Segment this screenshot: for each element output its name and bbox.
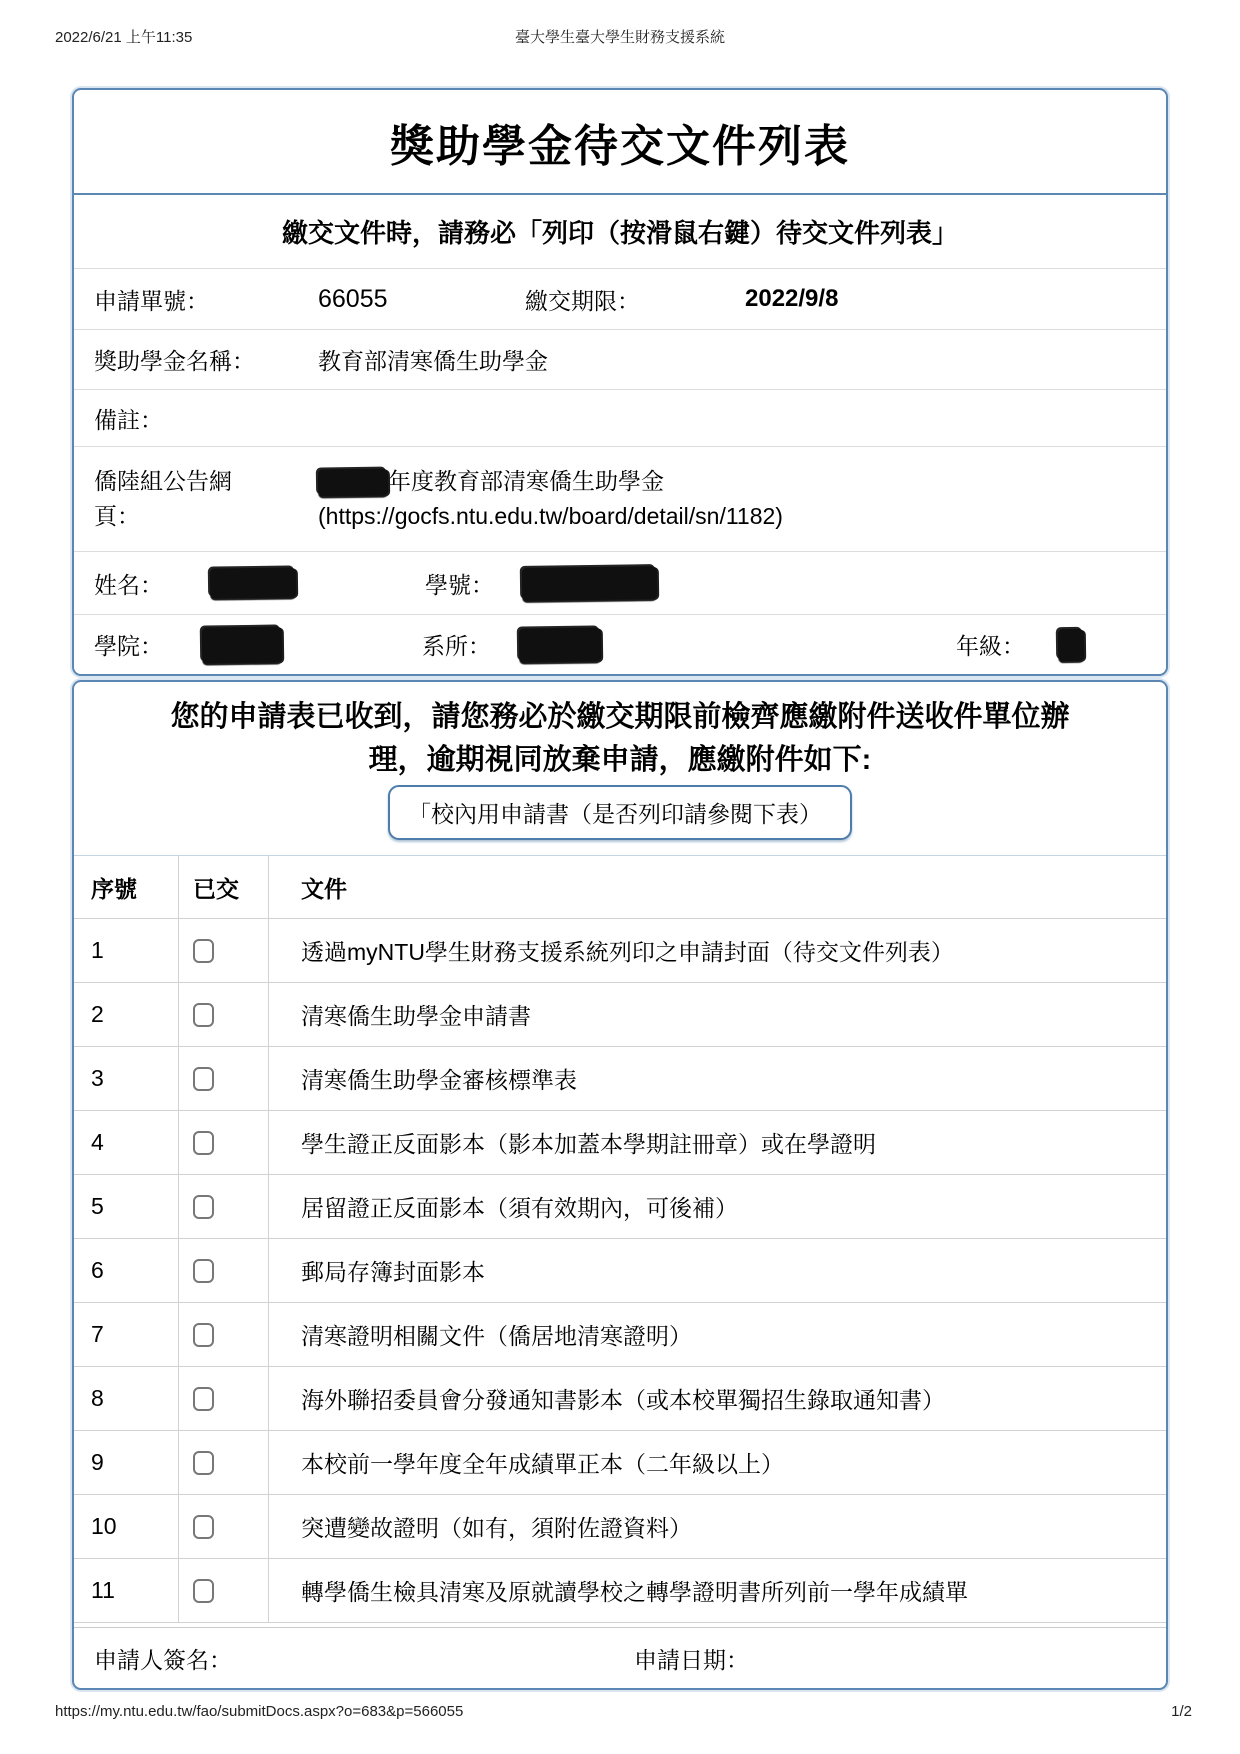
submitted-checkbox[interactable]: [193, 1259, 214, 1283]
row-number: 9: [74, 1431, 178, 1494]
document-name: 清寒僑生助學金審核標準表: [268, 1047, 1166, 1110]
table-row: 1透過myNTU學生財務支援系統列印之申請封面（待交文件列表）: [74, 919, 1166, 983]
redacted-college: [202, 626, 282, 663]
announcement-row: 僑陸組公告網頁： 年度教育部清寒僑生助學金 (https://gocfs.ntu…: [74, 447, 1166, 552]
documents-table: 序號 已交 文件 1透過myNTU學生財務支援系統列印之申請封面（待交文件列表）…: [74, 855, 1166, 1623]
header-document: 文件: [268, 856, 1166, 918]
document-name: 居留證正反面影本（須有效期內，可後補）: [268, 1175, 1166, 1238]
submitted-cell: [178, 983, 268, 1046]
name-label: 姓名：: [94, 567, 210, 600]
signature-row: 申請人簽名： 申請日期：: [74, 1627, 1166, 1689]
submitted-checkbox[interactable]: [193, 1323, 214, 1347]
announcement-value: 年度教育部清寒僑生助學金 (https://gocfs.ntu.edu.tw/b…: [318, 464, 1166, 534]
table-row: 6郵局存簿封面影本: [74, 1239, 1166, 1303]
document-checklist-card: 您的申請表已收到，請您務必於繳交期限前檢齊應繳附件送收件單位辦 理，逾期視同放棄…: [72, 680, 1168, 1690]
page-indicator: 1/2: [1171, 1703, 1192, 1720]
deadline-label: 繳交期限：: [525, 283, 745, 316]
row-number: 6: [74, 1239, 178, 1302]
deadline-value: 2022/9/8: [745, 285, 1166, 313]
row-number: 5: [74, 1175, 178, 1238]
document-name: 學生證正反面影本（影本加蓋本學期註冊章）或在學證明: [268, 1111, 1166, 1174]
row-number: 10: [74, 1495, 178, 1558]
scholarship-name-row: 獎助學金名稱： 教育部清寒僑生助學金: [74, 330, 1166, 390]
table-row: 4學生證正反面影本（影本加蓋本學期註冊章）或在學證明: [74, 1111, 1166, 1175]
submitted-checkbox[interactable]: [193, 1515, 214, 1539]
page-title: 獎助學金待交文件列表: [390, 110, 850, 174]
application-info-card: 獎助學金待交文件列表 繳交文件時，請務必「列印（按滑鼠右鍵）待交文件列表」 申請…: [72, 88, 1168, 676]
submitted-checkbox[interactable]: [193, 1131, 214, 1155]
row-number: 7: [74, 1303, 178, 1366]
table-row: 9本校前一學年度全年成績單正本（二年級以上）: [74, 1431, 1166, 1495]
signature-label: 申請人簽名：: [94, 1642, 634, 1675]
document-name: 清寒證明相關文件（僑居地清寒證明）: [268, 1303, 1166, 1366]
submitted-cell: [178, 1047, 268, 1110]
announcement-url: (https://gocfs.ntu.edu.tw/board/detail/s…: [318, 503, 783, 529]
header-submitted: 已交: [178, 856, 268, 918]
submitted-cell: [178, 1431, 268, 1494]
application-date-label: 申請日期：: [634, 1642, 1166, 1675]
submitted-cell: [178, 1495, 268, 1558]
row-number: 2: [74, 983, 178, 1046]
college-label: 學院：: [94, 628, 202, 661]
application-no-value: 66055: [318, 285, 525, 314]
table-row: 8海外聯招委員會分發通知書影本（或本校單獨招生錄取通知書）: [74, 1367, 1166, 1431]
submitted-checkbox[interactable]: [193, 1003, 214, 1027]
redacted-name: [210, 567, 296, 598]
submitted-cell: [178, 1175, 268, 1238]
scholarship-name-label: 獎助學金名稱：: [94, 343, 318, 376]
announcement-line1: 年度教育部清寒僑生助學金: [388, 468, 664, 494]
submitted-cell: [178, 919, 268, 982]
remarks-row: 備註：: [74, 390, 1166, 447]
document-name: 清寒僑生助學金申請書: [268, 983, 1166, 1046]
scholarship-name-value: 教育部清寒僑生助學金: [318, 343, 1166, 376]
submitted-checkbox[interactable]: [193, 1451, 214, 1475]
document-name: 突遭變故證明（如有，須附佐證資料）: [268, 1495, 1166, 1558]
submitted-checkbox[interactable]: [193, 1067, 214, 1091]
submitted-checkbox[interactable]: [193, 1579, 214, 1603]
document-name: 轉學僑生檢具清寒及原就讀學校之轉學證明書所列前一學年成績單: [268, 1559, 1166, 1622]
submitted-checkbox[interactable]: [193, 1195, 214, 1219]
name-student-id-row: 姓名： 學號：: [74, 552, 1166, 615]
browser-print-header: 2022/6/21 上午11:35 臺大學生臺大學生財務支援系統: [55, 26, 1185, 46]
row-number: 3: [74, 1047, 178, 1110]
submitted-cell: [178, 1559, 268, 1622]
application-no-row: 申請單號： 66055 繳交期限： 2022/9/8: [74, 269, 1166, 330]
row-number: 8: [74, 1367, 178, 1430]
documents-table-header: 序號 已交 文件: [74, 856, 1166, 919]
header-no: 序號: [74, 856, 178, 918]
document-name: 透過myNTU學生財務支援系統列印之申請封面（待交文件列表）: [268, 919, 1166, 982]
row-number: 11: [74, 1559, 178, 1622]
announcement-label: 僑陸組公告網頁：: [94, 464, 244, 534]
document-name: 郵局存簿封面影本: [268, 1239, 1166, 1302]
table-row: 10突遭變故證明（如有，須附佐證資料）: [74, 1495, 1166, 1559]
submitted-cell: [178, 1111, 268, 1174]
submitted-cell: [178, 1303, 268, 1366]
submitted-checkbox[interactable]: [193, 1387, 214, 1411]
table-row: 11轉學僑生檢具清寒及原就讀學校之轉學證明書所列前一學年成績單: [74, 1559, 1166, 1623]
notice-section: 您的申請表已收到，請您務必於繳交期限前檢齊應繳附件送收件單位辦 理，逾期視同放棄…: [74, 682, 1166, 855]
row-number: 4: [74, 1111, 178, 1174]
redacted-year: [318, 469, 388, 497]
document-name: 海外聯招委員會分發通知書影本（或本校單獨招生錄取通知書）: [268, 1367, 1166, 1430]
grade-label: 年級：: [956, 628, 1058, 661]
table-row: 2清寒僑生助學金申請書: [74, 983, 1166, 1047]
row-number: 1: [74, 919, 178, 982]
submitted-cell: [178, 1367, 268, 1430]
print-preview-page: 2022/6/21 上午11:35 臺大學生臺大學生財務支援系統 獎助學金待交文…: [0, 0, 1240, 1754]
title-section: 獎助學金待交文件列表: [74, 90, 1166, 195]
redacted-department: [519, 627, 601, 662]
application-no-label: 申請單號：: [94, 283, 318, 316]
table-row: 3清寒僑生助學金審核標準表: [74, 1047, 1166, 1111]
notice-line-2: 理，逾期視同放棄申請，應繳附件如下:: [74, 739, 1166, 782]
remarks-label: 備註：: [94, 402, 1166, 435]
source-url: https://my.ntu.edu.tw/fao/submitDocs.asp…: [55, 1703, 463, 1720]
print-instruction: 繳交文件時，請務必「列印（按滑鼠右鍵）待交文件列表」: [74, 195, 1166, 269]
document-name: 本校前一學年度全年成績單正本（二年級以上）: [268, 1431, 1166, 1494]
site-title: 臺大學生臺大學生財務支援系統: [55, 26, 1185, 47]
table-row: 7清寒證明相關文件（僑居地清寒證明）: [74, 1303, 1166, 1367]
notice-line-1: 您的申請表已收到，請您務必於繳交期限前檢齊應繳附件送收件單位辦: [74, 696, 1166, 739]
redacted-grade: [1058, 628, 1084, 660]
submitted-cell: [178, 1239, 268, 1302]
table-row: 5居留證正反面影本（須有效期內，可後補）: [74, 1175, 1166, 1239]
department-label: 系所：: [422, 628, 519, 661]
documents-table-body: 1透過myNTU學生財務支援系統列印之申請封面（待交文件列表）2清寒僑生助學金申…: [74, 919, 1166, 1623]
submitted-checkbox[interactable]: [193, 939, 214, 963]
application-form-note-box: 「校內用申請書（是否列印請參閱下表）: [388, 785, 852, 840]
college-dept-grade-row: 學院： 系所： 年級：: [74, 615, 1166, 674]
student-id-label: 學號：: [425, 567, 522, 600]
redacted-student-id: [522, 566, 657, 601]
